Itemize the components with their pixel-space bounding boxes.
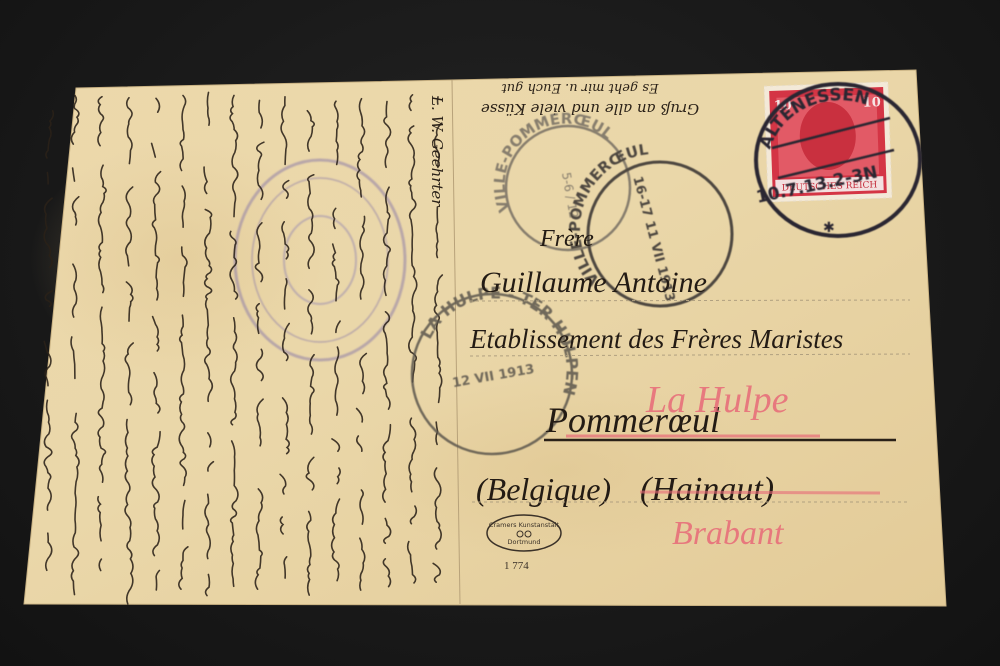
svg-text:1 774: 1 774	[504, 560, 529, 572]
svg-text:Frère: Frère	[539, 226, 594, 252]
svg-text:Guillaume Antoine: Guillaume Antoine	[480, 266, 707, 299]
svg-text:La Hulpe: La Hulpe	[645, 379, 789, 421]
svg-text:Es geht mir u. Euch gut: Es geht mir u. Euch gut	[501, 80, 660, 95]
postcard: L. W. Geehrter Gruß an alle und viele Kü…	[0, 0, 1000, 666]
svg-text:Dortmund: Dortmund	[508, 538, 541, 546]
svg-text:✱: ✱	[823, 220, 835, 236]
svg-text:Brabant: Brabant	[672, 515, 785, 552]
salutation: L. W. Geehrter	[428, 95, 446, 207]
postcard-illustration: L. W. Geehrter Gruß an alle und viele Kü…	[0, 0, 1000, 666]
svg-text:Etablissement des Frères Maris: Etablissement des Frères Maristes	[469, 324, 843, 354]
svg-text:Cramers Kunstanstalt: Cramers Kunstanstalt	[489, 521, 560, 529]
